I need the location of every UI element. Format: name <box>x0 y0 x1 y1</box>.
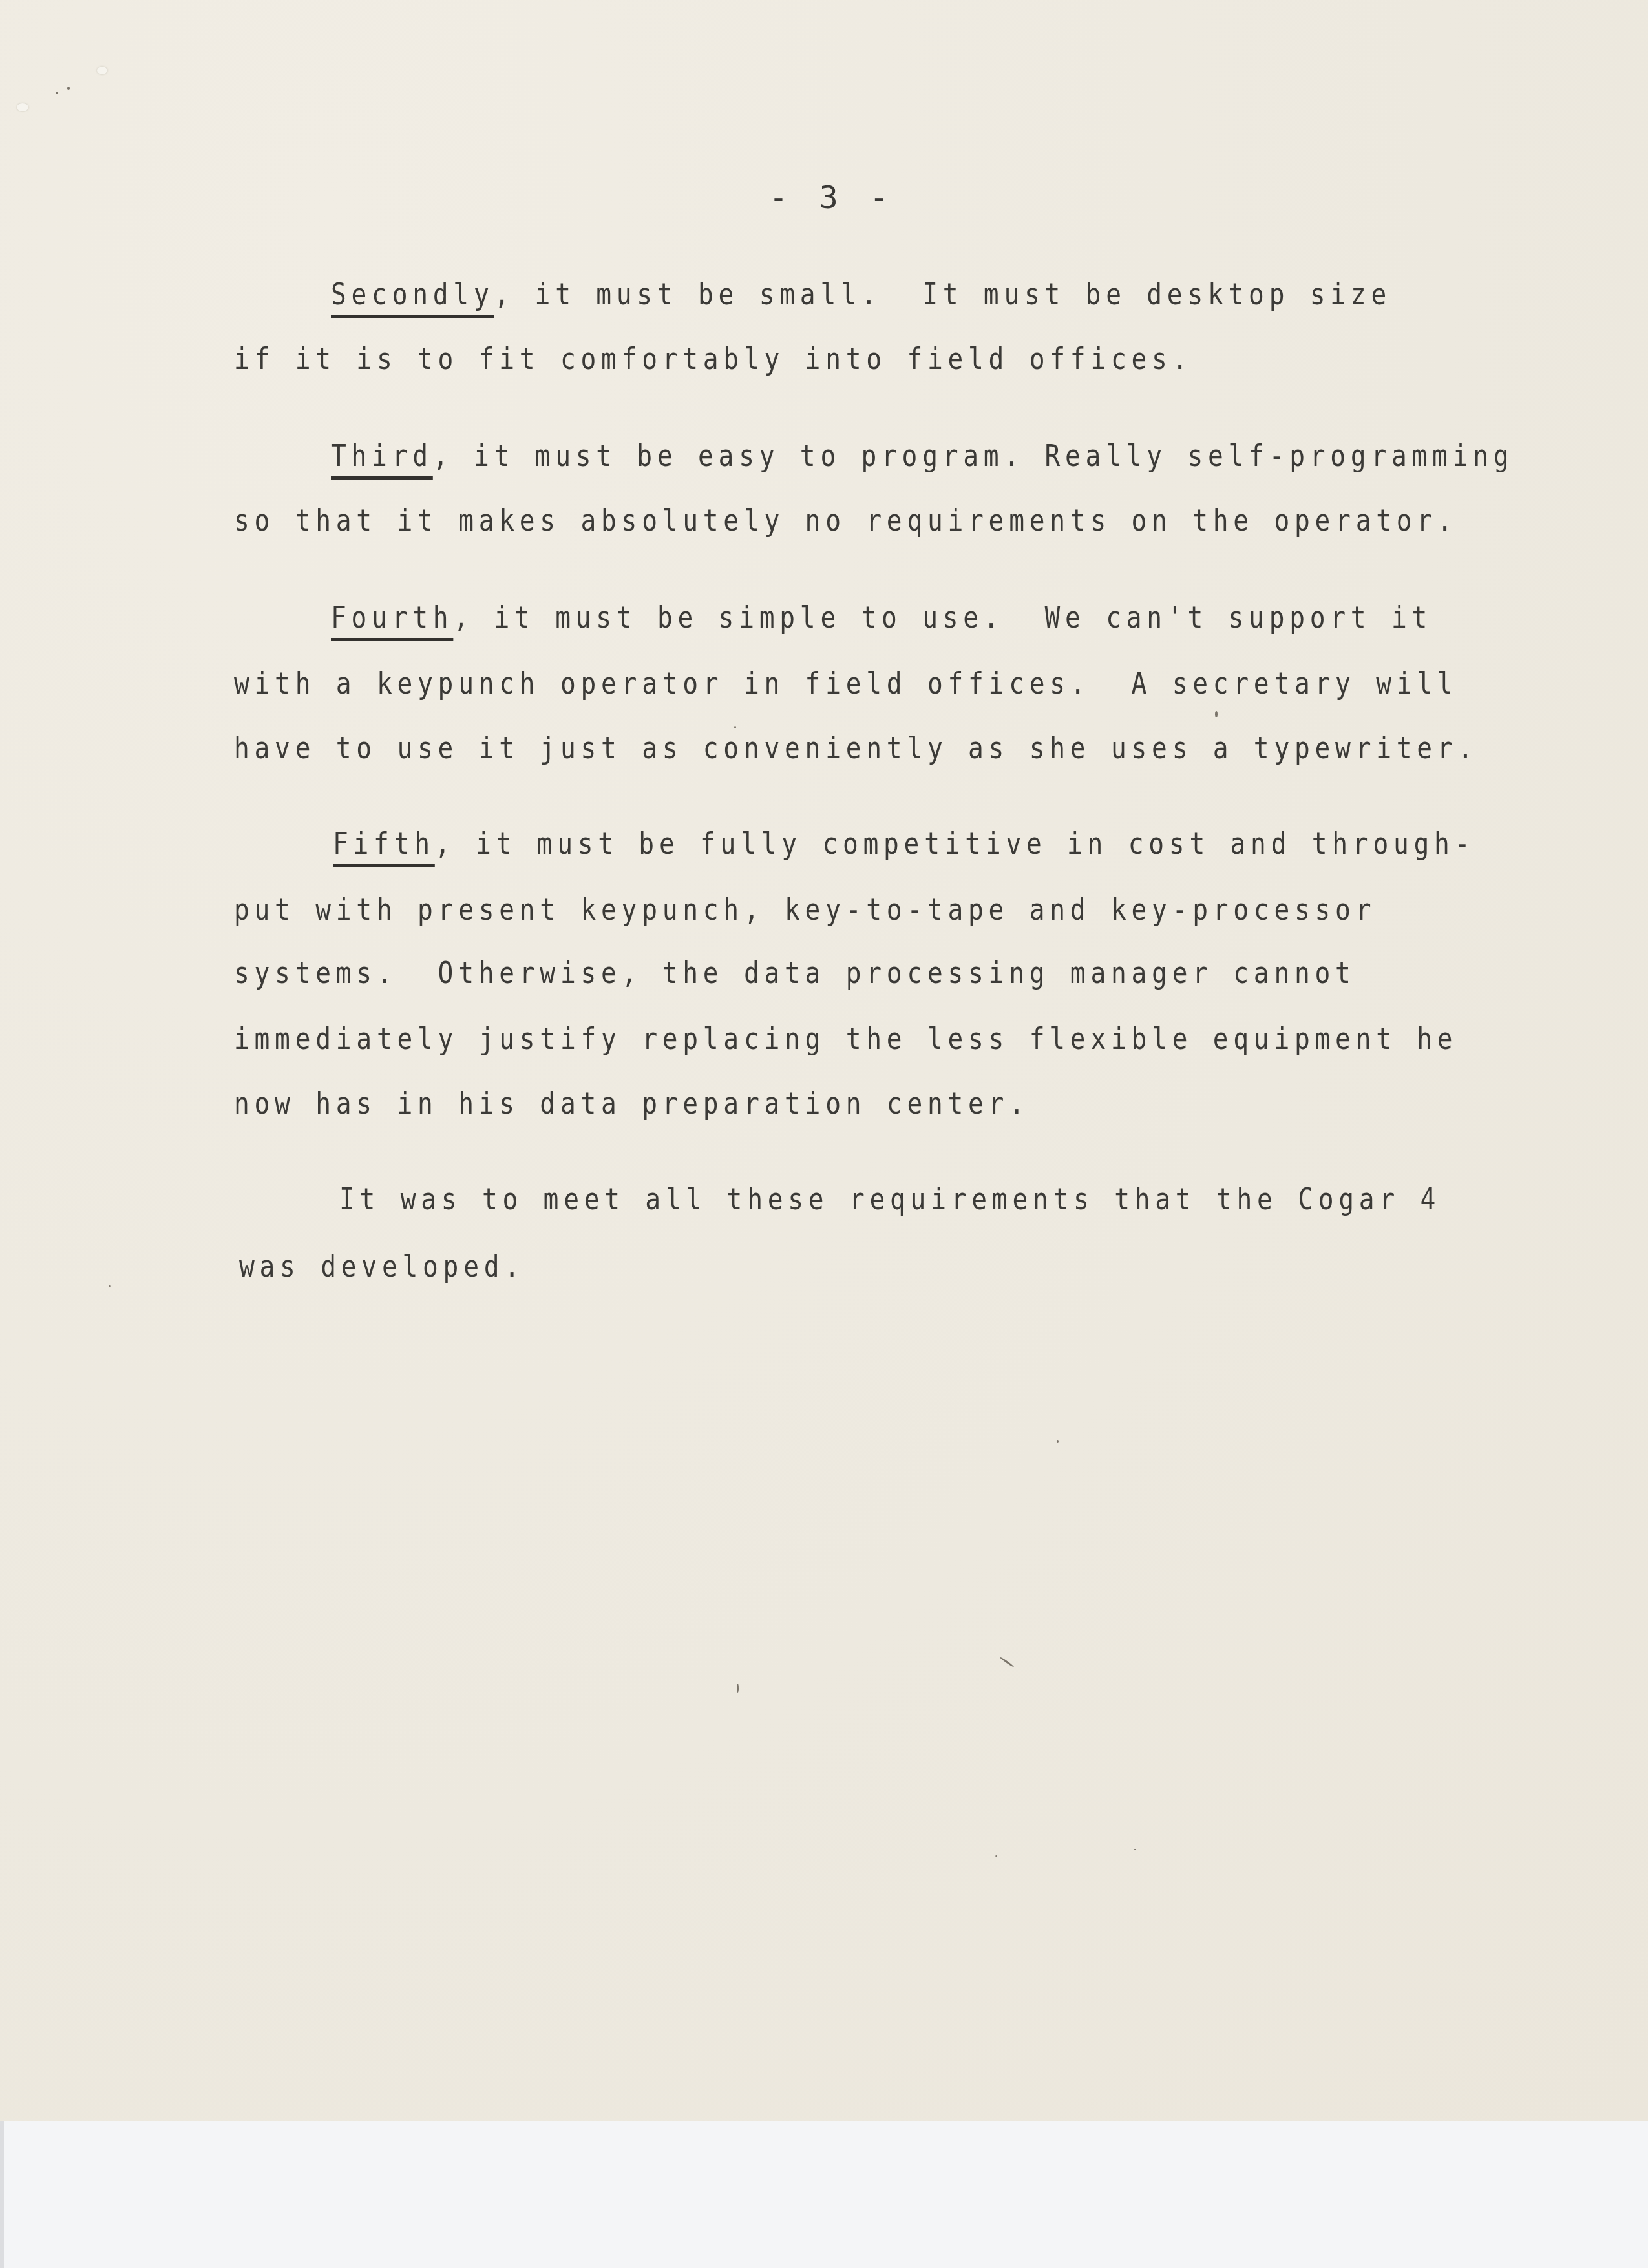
line-text: , it must be small. It must be desktop s… <box>494 277 1391 312</box>
line-text: , it must be easy to program. Really sel… <box>433 438 1514 473</box>
text-line: Fourth, it must be simple to use. We can… <box>331 600 1432 635</box>
text-line: It was to meet all these requirements th… <box>339 1182 1441 1216</box>
speck <box>1215 711 1218 717</box>
text-line: Fifth, it must be fully competitive in c… <box>333 826 1475 861</box>
staple-mark <box>17 103 28 111</box>
speck <box>1057 1440 1059 1443</box>
paragraph-lead-underlined: Fourth <box>331 600 453 635</box>
page-number: - 3 - <box>769 180 895 216</box>
staple-mark <box>97 67 107 74</box>
speck <box>734 726 736 728</box>
text-line: if it is to fit comfortably into field o… <box>234 341 1192 376</box>
text-line: systems. Otherwise, the data processing … <box>234 955 1356 990</box>
text-line: put with present keypunch, key-to-tape a… <box>234 892 1376 927</box>
speck <box>67 87 70 90</box>
text-line: was developed. <box>239 1249 525 1284</box>
speck <box>109 1285 111 1287</box>
text-line: so that it makes absolutely no requireme… <box>234 503 1457 538</box>
speck <box>995 1855 997 1857</box>
speck <box>737 1684 739 1693</box>
paragraph-lead-underlined: Third <box>331 438 433 473</box>
speck <box>56 92 58 94</box>
text-line: Secondly, it must be small. It must be d… <box>331 277 1391 312</box>
paragraph-lead-underlined: Fifth <box>333 826 435 861</box>
paragraph-lead-underlined: Secondly <box>331 277 494 312</box>
line-text: , it must be simple to use. We can't sup… <box>453 600 1432 635</box>
line-text: , it must be fully competitive in cost a… <box>435 826 1475 861</box>
text-line: with a keypunch operator in field office… <box>234 666 1457 701</box>
text-line: Third, it must be easy to program. Reall… <box>331 438 1514 473</box>
speck <box>1134 1849 1136 1850</box>
text-line: now has in his data preparation center. <box>234 1086 1030 1121</box>
speck <box>999 1657 1014 1668</box>
paper-page: - 3 - Secondly, it must be small. It mus… <box>0 0 1648 2121</box>
scanner-edge <box>0 2121 4 2268</box>
text-line: immediately justify replacing the less f… <box>234 1021 1457 1056</box>
text-line: have to use it just as conveniently as s… <box>234 730 1478 765</box>
